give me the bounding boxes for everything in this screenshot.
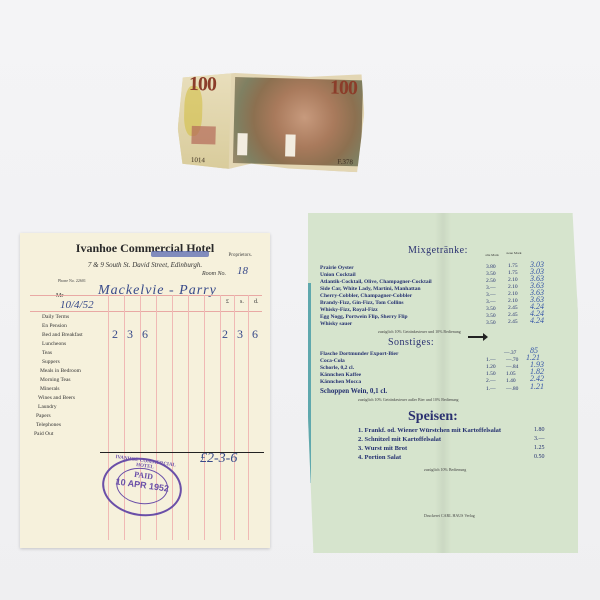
banknote-wear: [237, 133, 248, 155]
line-label: Suppers: [42, 359, 60, 365]
misc-price-handwritten: 1.21: [530, 382, 544, 391]
mixed-drinks-footnote: zuzüglich 10% Getränkesteuer und 10% Bed…: [378, 329, 461, 334]
drink-price-new: 2.45: [508, 305, 518, 311]
line-label: Morning Teas: [40, 377, 71, 383]
receipt-rule: [30, 295, 262, 296]
line-label: Bed and Breakfast: [42, 332, 83, 338]
receipt-column-line: [188, 295, 189, 540]
drink-price-old: 3.—: [486, 292, 496, 298]
misc-price-old: 1.—: [486, 357, 496, 363]
food-item-price: 1.25: [534, 445, 545, 451]
line-amount: 2 3 6: [112, 327, 151, 342]
receipt-room-value: 18: [237, 265, 248, 277]
mixed-drinks-heading: Mixgetränke:: [408, 245, 468, 256]
line-label: Luncheons: [42, 341, 66, 347]
misc-price-new: —.37: [504, 350, 516, 356]
menu-card: Mixgetränke: alte Mark neue Mark Prairie…: [308, 213, 578, 553]
misc-item-name: Kännchen Mocca: [320, 379, 361, 385]
drink-price-new: 2.45: [508, 319, 518, 325]
drink-price-new: 2.10: [508, 298, 518, 304]
food-item-name: 3. Wurst mit Brot: [358, 445, 407, 452]
receipt-proprietors: Proprietors.: [229, 253, 252, 258]
misc-item-name: Schorle, 0,2 cl.: [320, 365, 354, 371]
drink-name: Egg Nogg, Portwein Flip, Sherry Flip: [320, 314, 408, 320]
drink-price-new: 2.10: [508, 277, 518, 283]
misc-price-new: 1.40: [506, 378, 516, 384]
line-label: Laundry: [38, 404, 57, 410]
misc-footnote: zuzüglich 10% Getränkesteuer außer Bier …: [358, 397, 459, 402]
column-header-old: alte Mark: [484, 253, 500, 257]
receipt-column-line: [204, 295, 205, 540]
receipt-column-line: [220, 295, 221, 540]
food-item-name: 1. Frankf. od. Wiener Würstchen mit Kart…: [358, 427, 501, 434]
line-label: Papers: [36, 413, 51, 419]
drink-price-old: 3.50: [486, 320, 496, 326]
receipt-redaction: [151, 251, 209, 257]
drink-price-new: 2.10: [508, 284, 518, 290]
misc-item-name: Flasche Dortmunder Export-Bier: [320, 351, 398, 357]
column-header-new: neue Mark: [506, 251, 522, 255]
currency-shillings: s.: [240, 299, 244, 305]
drink-price-new: 2.10: [508, 291, 518, 297]
currency-pence: d.: [254, 299, 259, 305]
food-item-name: 2. Schnitzel mit Kartoffelsalat: [358, 436, 441, 443]
food-footnote: zuzüglich 10% Bedienung: [424, 467, 466, 472]
drink-price-handwritten: 4.24: [530, 316, 544, 325]
drink-price-new: 1.75: [508, 263, 518, 269]
misc-item-name: Schoppen Wein, 0,1 cl.: [320, 387, 387, 395]
hotel-receipt: Ivanhoe Commercial Hotel Proprietors. 7 …: [20, 233, 270, 548]
printer-credit: Druckerei CARL HAUS Verlag: [424, 513, 475, 518]
misc-price-new: —.80: [506, 386, 518, 392]
misc-heading: Sonstiges:: [388, 337, 434, 348]
banknote-denomination-right: 100: [330, 77, 358, 101]
line-label: Paid Out: [34, 431, 53, 437]
receipt-telephone: Phone No. 22601: [58, 278, 86, 283]
misc-price-old: 2.—: [486, 378, 496, 384]
misc-price-new: 1.05: [506, 371, 516, 377]
banknote-serial-right: F.378: [337, 158, 353, 166]
receipt-guest-name: Mackelvie - Parry: [98, 283, 217, 299]
drink-price-new: 1.75: [508, 270, 518, 276]
banknote-red-panel: [191, 126, 215, 145]
misc-item-name: Coca-Cola: [320, 358, 345, 364]
misc-price-old: 1.20: [486, 364, 496, 370]
drink-price-old: 3.—: [486, 299, 496, 305]
drink-price-old: 3.80: [486, 264, 496, 270]
drink-name: Whisky-Fizz, Royal-Fizz: [320, 307, 378, 313]
drink-name: Atlantik-Cocktail, Olive, Champagner-Coc…: [320, 279, 432, 285]
drink-name: Union Cocktail: [320, 272, 356, 278]
drink-name: Side Car, White Lady, Martini, Manhattan: [320, 286, 421, 292]
line-label: En Pension: [42, 323, 67, 329]
line-total: 2 3 6: [222, 327, 261, 342]
drink-name: Brandy-Fizz, Gin-Fizz, Tom Collins: [320, 300, 404, 306]
food-item-name: 4. Portion Salat: [358, 454, 401, 461]
receipt-address: 7 & 9 South St. David Street, Edinburgh.: [20, 261, 270, 269]
misc-price-new: —.70: [506, 357, 518, 363]
misc-price-old: 1.50: [486, 371, 496, 377]
food-item-price: 0.50: [534, 454, 545, 460]
currency-pounds: £: [226, 299, 229, 305]
receipt-rule: [30, 311, 262, 312]
drink-price-old: 3.50: [486, 306, 496, 312]
drink-price-old: 3.50: [486, 271, 496, 277]
drink-price-old: 2.50: [486, 278, 496, 284]
banknote-serial-left: 1014: [191, 156, 205, 164]
misc-price-new: —.84: [506, 364, 518, 370]
receipt-date: 10/4/52: [60, 299, 94, 311]
total-rule: [100, 452, 264, 453]
drink-name: Prairie Oyster: [320, 265, 354, 271]
misc-price-old: 1.—: [486, 386, 496, 392]
drink-price-old: 3.—: [486, 285, 496, 291]
receipt-column-line: [108, 295, 109, 540]
line-label: Telephones: [36, 422, 61, 428]
drink-name: Cherry-Cobbler, Champagner-Cobbler: [320, 293, 412, 299]
arrow-mark-icon: [468, 336, 484, 338]
line-label: Meals in Bedroom: [40, 368, 81, 374]
banknote: 100 100 1014 F.378: [177, 70, 366, 173]
food-item-price: 1.80: [534, 427, 545, 433]
receipt-total: £2-3-6: [200, 451, 237, 467]
drink-price-old: 3.50: [486, 313, 496, 319]
drink-name: Whisky sauer: [320, 321, 352, 327]
misc-item-name: Kännchen Kaffee: [320, 372, 361, 378]
line-label: Daily Terms: [42, 314, 69, 320]
line-label: Teas: [42, 350, 52, 356]
line-label: Minerals: [40, 386, 60, 392]
receipt-room-label: Room No.: [202, 271, 226, 277]
drink-price-new: 2.45: [508, 312, 518, 318]
food-heading: Speisen:: [408, 409, 458, 425]
banknote-wear: [285, 134, 296, 156]
food-item-price: 3.—: [534, 436, 545, 442]
line-label: Wines and Beers: [38, 395, 75, 401]
